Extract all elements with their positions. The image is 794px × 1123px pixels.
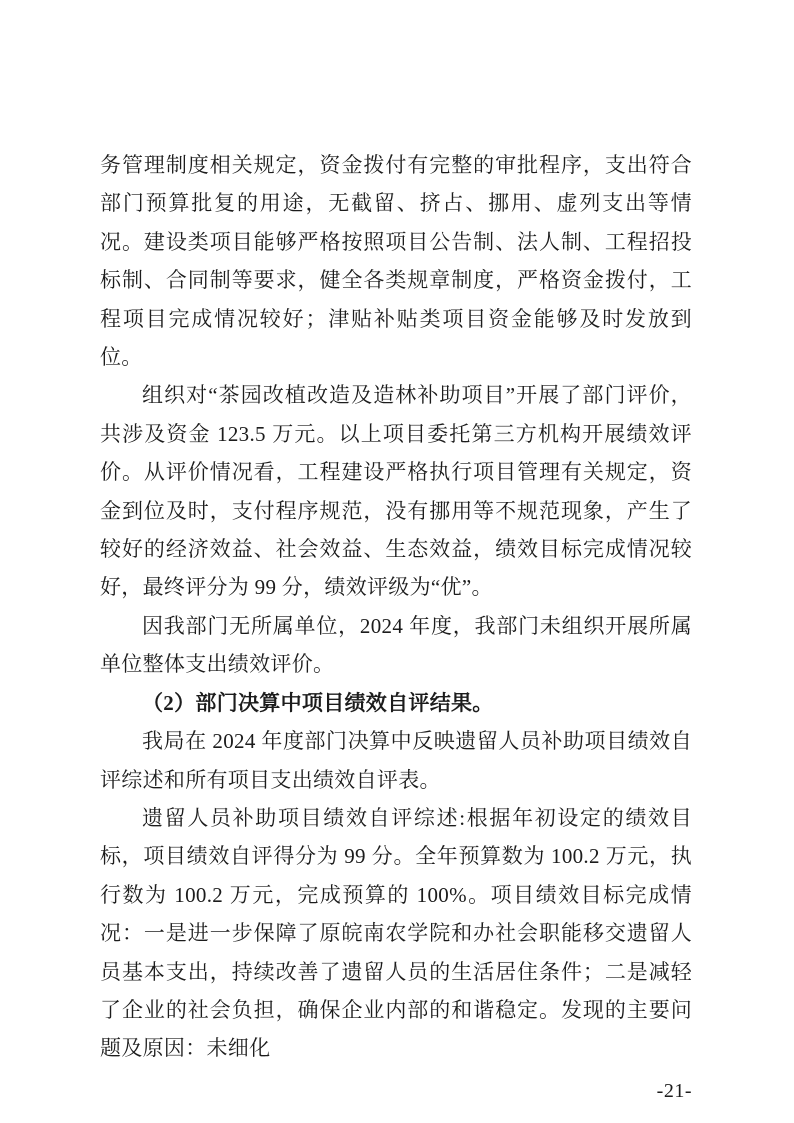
paragraph-no-subordinate-units: 因我部门无所属单位，2024 年度，我部门未组织开展所属单位整体支出绩效评价。 xyxy=(100,607,692,684)
section-heading-self-evaluation-results: （2）部门决算中项目绩效自评结果。 xyxy=(100,684,692,722)
document-page: 务管理制度相关规定，资金拨付有完整的审批程序，支出符合部门预算批复的用途，无截留… xyxy=(0,0,794,1123)
document-body: 务管理制度相关规定，资金拨付有完整的审批程序，支出符合部门预算批复的用途，无截留… xyxy=(100,146,692,1068)
paragraph-continuation-fund-management: 务管理制度相关规定，资金拨付有完整的审批程序，支出符合部门预算批复的用途，无截留… xyxy=(100,146,692,376)
paragraph-tea-garden-project-evaluation: 组织对“茶园改植改造及造林补助项目”开展了部门评价，共涉及资金 123.5 万元… xyxy=(100,376,692,606)
paragraph-final-accounts-reflection: 我局在 2024 年度部门决算中反映遗留人员补助项目绩效自评综述和所有项目支出绩… xyxy=(100,722,692,799)
paragraph-retained-personnel-subsidy-summary: 遗留人员补助项目绩效自评综述:根据年初设定的绩效目标，项目绩效自评得分为 99 … xyxy=(100,799,692,1068)
page-number: -21- xyxy=(100,1080,692,1102)
